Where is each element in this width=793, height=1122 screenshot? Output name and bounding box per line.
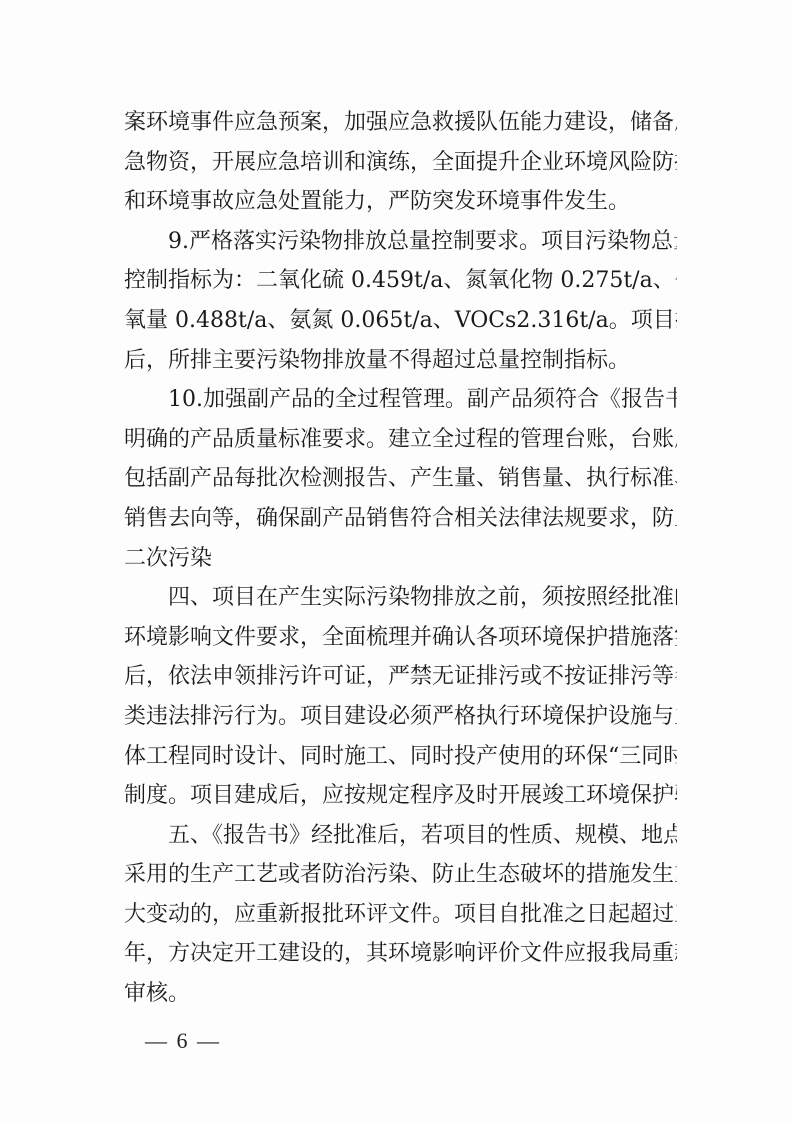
text-line: 五、《报告书》经批准后，若项目的性质、规模、地点、 xyxy=(124,816,677,856)
text-line: 二次污染 xyxy=(124,539,677,579)
text-line: 9.严格落实污染物排放总量控制要求。项目污染物总量 xyxy=(124,222,677,262)
text-line: 类违法排污行为。项目建设必须严格执行环境保护设施与主 xyxy=(124,697,677,737)
text-line: 体工程同时设计、同时施工、同时投产使用的环保“三同时” xyxy=(124,737,677,777)
text-line: 采用的生产工艺或者防治污染、防止生态破坏的措施发生重 xyxy=(124,855,677,895)
text-line: 氧量 0.488t/a、氨氮 0.065t/a、VOCs2.316t/a。项目投… xyxy=(124,301,677,341)
text-line: 大变动的，应重新报批环评文件。项目自批准之日起超过五 xyxy=(124,895,677,935)
text-line: 和环境事故应急处置能力，严防突发环境事件发生。 xyxy=(124,182,677,222)
document-page: 案环境事件应急预案，加强应急救援队伍能力建设，储备应 急物资，开展应急培训和演练… xyxy=(0,0,793,1122)
paragraph-continued: 案环境事件应急预案，加强应急救援队伍能力建设，储备应 急物资，开展应急培训和演练… xyxy=(124,103,677,222)
text-line: 年，方决定开工建设的，其环境影响评价文件应报我局重新 xyxy=(124,934,677,974)
text-line: 控制指标为：二氧化硫 0.459t/a、氮氧化物 0.275t/a、化学需 xyxy=(124,261,677,301)
text-line: 明确的产品质量标准要求。建立全过程的管理台账，台账应 xyxy=(124,420,677,460)
text-line: 10.加强副产品的全过程管理。副产品须符合《报告书》 xyxy=(124,380,677,420)
text-line: 审核。 xyxy=(124,974,677,1014)
text-line: 制度。项目建成后，应按规定程序及时开展竣工环境保护验收。 xyxy=(124,776,677,816)
paragraph-section-5: 五、《报告书》经批准后，若项目的性质、规模、地点、 采用的生产工艺或者防治污染、… xyxy=(124,816,677,1014)
text-line: 案环境事件应急预案，加强应急救援队伍能力建设，储备应 xyxy=(124,103,677,143)
text-line: 四、项目在产生实际污染物排放之前，须按照经批准的 xyxy=(124,578,677,618)
text-line: 销售去向等，确保副产品销售符合相关法律法规要求，防止 xyxy=(124,499,677,539)
text-line: 包括副产品每批次检测报告、产生量、销售量、执行标准、 xyxy=(124,459,677,499)
paragraph-section-4: 四、项目在产生实际污染物排放之前，须按照经批准的 环境影响文件要求，全面梳理并确… xyxy=(124,578,677,816)
page-number: — 6 — xyxy=(145,1028,221,1054)
paragraph-item-9: 9.严格落实污染物排放总量控制要求。项目污染物总量 控制指标为：二氧化硫 0.4… xyxy=(124,222,677,380)
body-text: 案环境事件应急预案，加强应急救援队伍能力建设，储备应 急物资，开展应急培训和演练… xyxy=(124,103,677,1014)
text-line: 急物资，开展应急培训和演练，全面提升企业环境风险防控 xyxy=(124,143,677,183)
text-line: 后，所排主要污染物排放量不得超过总量控制指标。 xyxy=(124,341,677,381)
text-line: 环境影响文件要求，全面梳理并确认各项环境保护措施落实 xyxy=(124,618,677,658)
paragraph-item-10: 10.加强副产品的全过程管理。副产品须符合《报告书》 明确的产品质量标准要求。建… xyxy=(124,380,677,578)
text-line: 后，依法申领排污许可证，严禁无证排污或不按证排污等各 xyxy=(124,657,677,697)
